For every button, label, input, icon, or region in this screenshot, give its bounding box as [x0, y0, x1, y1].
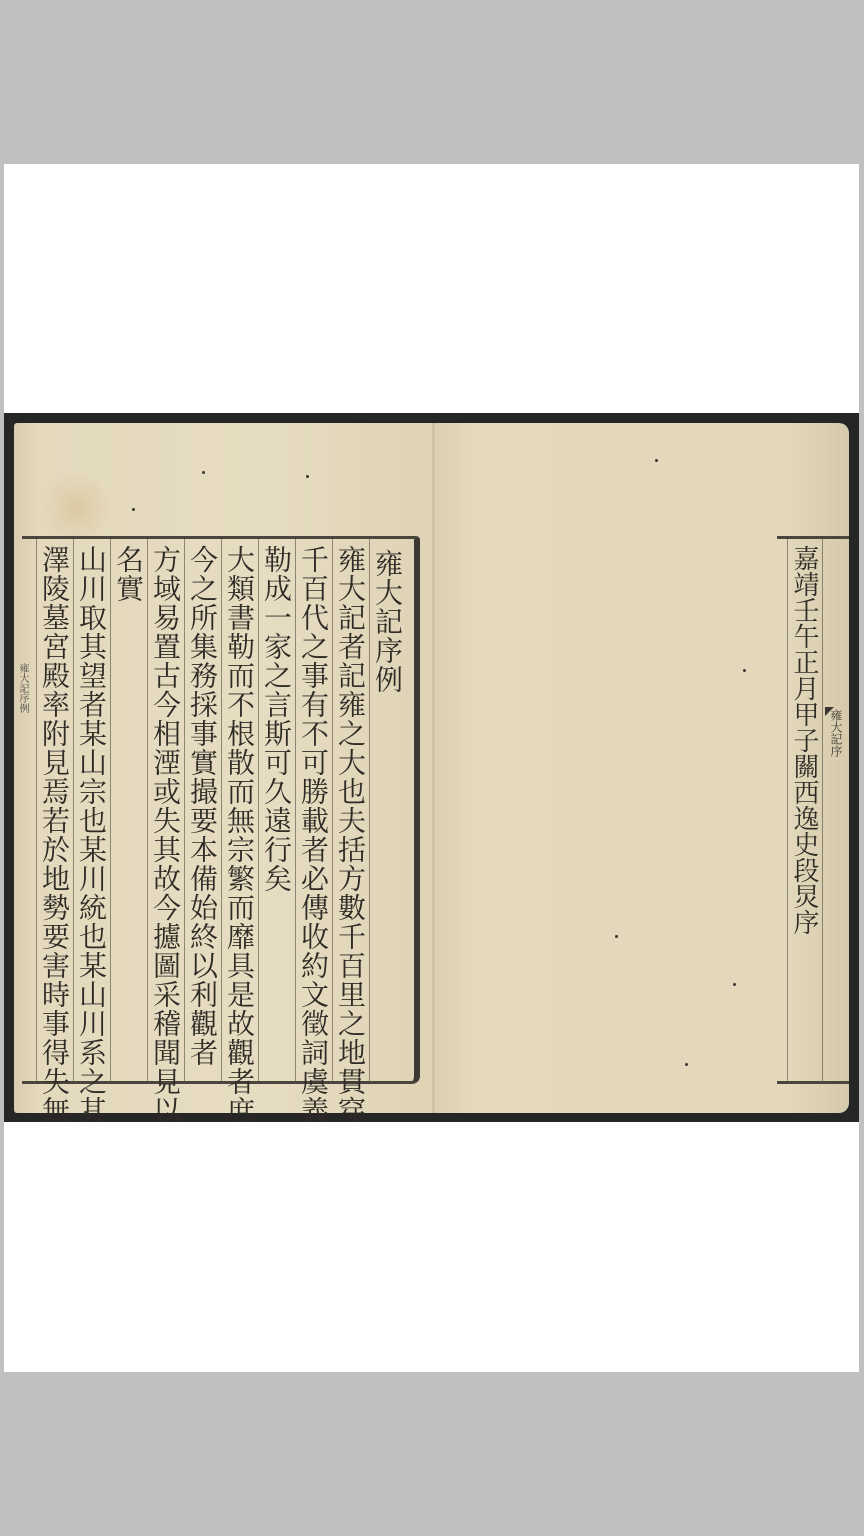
book-photo[interactable]: 雍大記序例 雍大記序例 雍大記者記雍之大也夫括方數千百里之地貫穿數 千百代之事有… [4, 413, 859, 1122]
ink-speck [743, 669, 746, 672]
ink-speck [132, 508, 135, 511]
ink-speck [655, 459, 658, 462]
text-column: 千百代之事有不可勝載者必傳收約文徵詞虞義以 [295, 539, 332, 1081]
ink-speck [685, 1063, 688, 1066]
preface-signature: 嘉靖壬午正月甲子關西逸史段炅序 [787, 539, 823, 1081]
text-column: 山川取其望者某山宗也某川統也某山川系之其丘 [73, 539, 110, 1081]
ink-speck [615, 935, 618, 938]
right-page: 嘉靖壬午正月甲子關西逸史段炅序 雍大記序 [435, 423, 849, 1113]
right-printed-frame: 嘉靖壬午正月甲子關西逸史段炅序 雍大記序 [777, 536, 849, 1084]
text-column: 方域易置古今相湮或失其故今攄圖采稽聞見以求 [147, 539, 184, 1081]
text-column: 澤陵墓宮殿率附見焉若於地勢要害時事得失無所 [36, 539, 73, 1081]
text-column: 名實 [110, 539, 147, 1081]
text-column: 勒成一家之言斯可久遠行矣 [258, 539, 295, 1081]
ink-speck [306, 475, 309, 478]
text-columns: 雍大記序例 雍大記者記雍之大也夫括方數千百里之地貫穿數 千百代之事有不可勝載者必… [22, 539, 414, 1081]
ink-speck [202, 471, 205, 474]
left-page: 雍大記序例 雍大記序例 雍大記者記雍之大也夫括方數千百里之地貫穿數 千百代之事有… [14, 423, 435, 1113]
text-column: 大類書勒而不根散而無宗繁而靡具是故觀者庶焉 [221, 539, 258, 1081]
right-margin-label: 雍大記序 [827, 709, 845, 757]
ink-speck [733, 983, 736, 986]
printed-frame: 雍大記序例 雍大記者記雍之大也夫括方數千百里之地貫穿數 千百代之事有不可勝載者必… [22, 536, 420, 1084]
text-column: 今之所集務採事實撮要本備始終以利觀者 [184, 539, 221, 1081]
preface-title: 雍大記序例 [369, 539, 406, 1081]
paper-stain [42, 473, 112, 543]
text-column: 雍大記者記雍之大也夫括方數千百里之地貫穿數 [332, 539, 369, 1081]
